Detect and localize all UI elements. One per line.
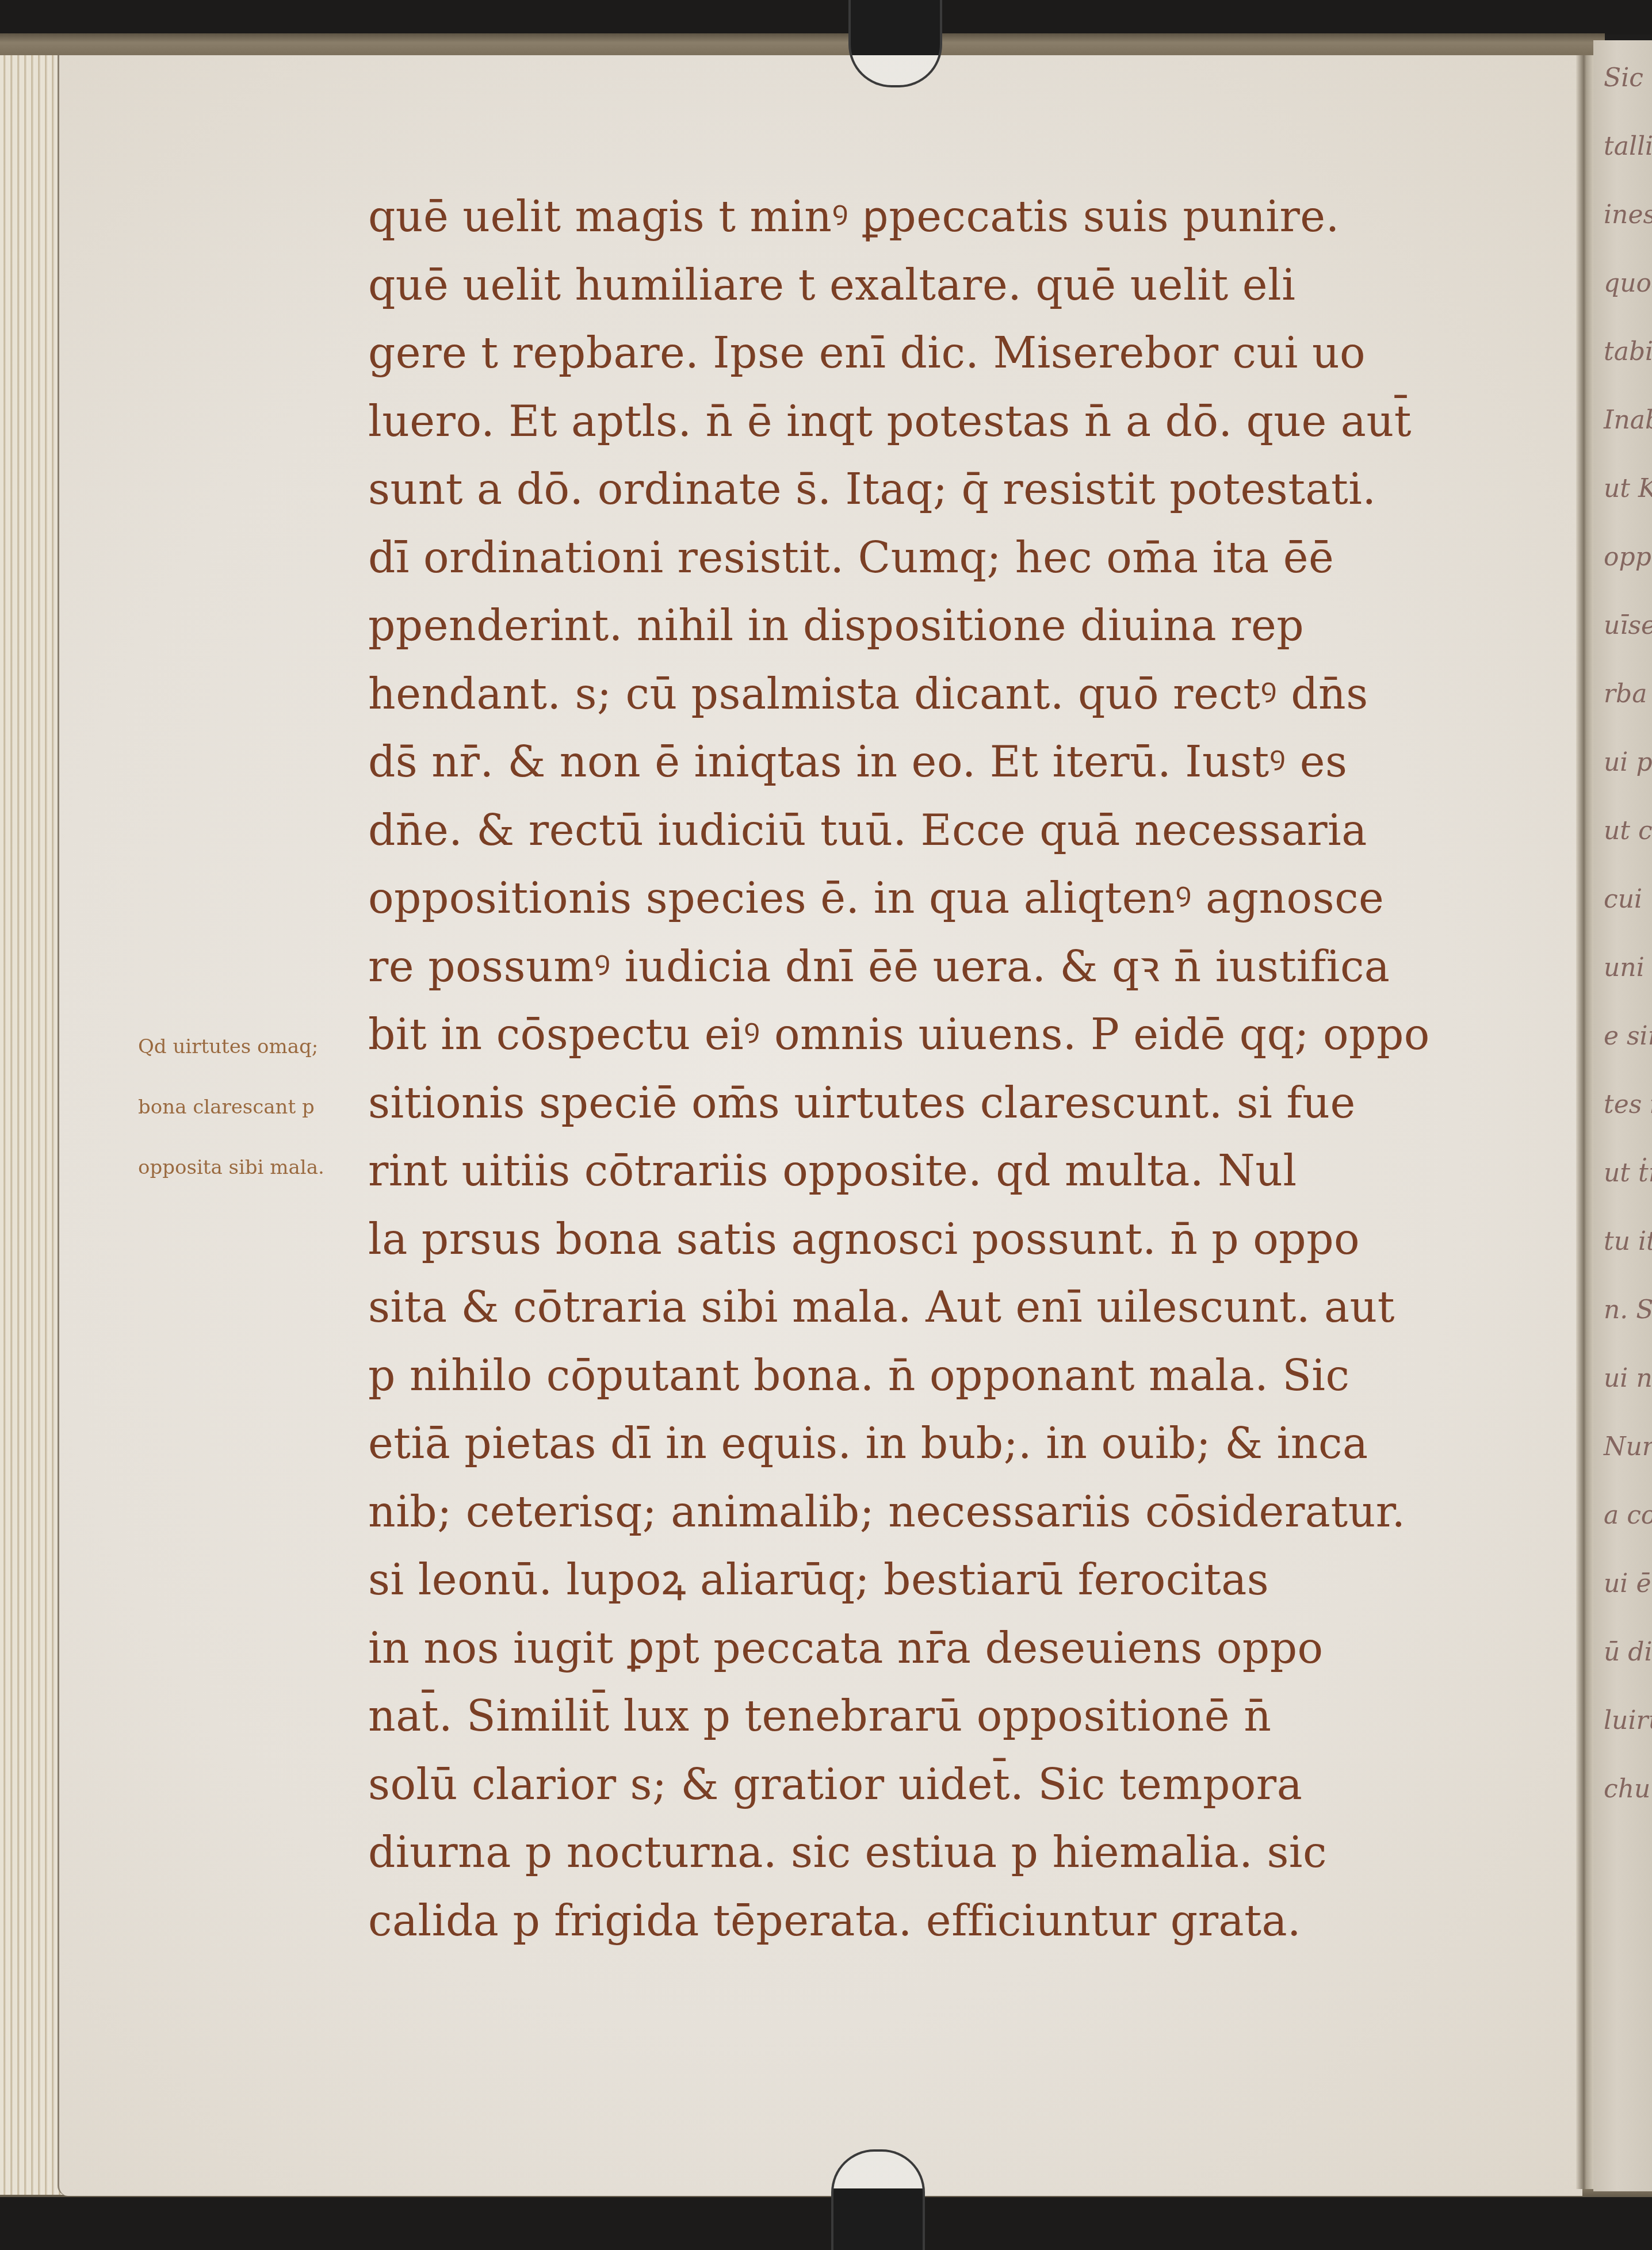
text-line: sita & cōtraria sibi mala. Aut enī uiles… bbox=[368, 1273, 1536, 1342]
page-stack-edges bbox=[0, 55, 63, 2195]
facing-page-fragment: luiru bbox=[1604, 1706, 1652, 1735]
facing-page-fragment: ui ē inon bbox=[1604, 1569, 1652, 1598]
text-line: diurna p nocturna. sic estiua p hiemalia… bbox=[368, 1819, 1536, 1887]
facing-page-fragment: ut ṫre. bbox=[1604, 1158, 1652, 1188]
text-line: rint uitiis cōtrariis opposite. qd multa… bbox=[368, 1137, 1536, 1206]
facing-page-fragment: talli bbox=[1604, 132, 1652, 161]
facing-page-fragment: inesti bbox=[1604, 200, 1652, 229]
facing-page-fragment: Nunc dn̄ bbox=[1604, 1432, 1652, 1461]
text-line: nat̄. Similit̄ lux p tenebrarū oppositio… bbox=[368, 1682, 1536, 1751]
facing-page-fragment: n. S. de bbox=[1604, 1295, 1652, 1325]
gloss-line: Qd uirtutes omaq; bbox=[138, 1017, 391, 1077]
text-line: ds̄ nr̄. & non ē iniqtas in eo. Et iterū… bbox=[368, 728, 1536, 797]
page-clip-top bbox=[848, 0, 942, 87]
facing-page-fragment: ut cui bbox=[1604, 816, 1652, 845]
text-line: gere t repbare. Ipse enī dic. Miserebor … bbox=[368, 319, 1536, 388]
facing-page-fragment: cui n̄ co bbox=[1604, 885, 1652, 914]
marginal-gloss: Qd uirtutes omaq; bona clarescant p oppo… bbox=[138, 1017, 391, 1198]
text-line: bit in cōspectu eiꝰ omnis uiuens. P eidē… bbox=[368, 1001, 1536, 1069]
facing-page-fragment: e sincep bbox=[1604, 1021, 1652, 1051]
text-line: ppenderint. nihil in dispositione diuina… bbox=[368, 592, 1536, 660]
facing-page-fragment: uni mu bbox=[1604, 953, 1652, 982]
facing-page-edge: Sic atalliinestiquodatabiliInabut Kinopp… bbox=[1593, 40, 1652, 2191]
text-line: in nos iugit ꝑpt peccata nr̄a deseuiens … bbox=[368, 1614, 1536, 1683]
text-line: p nihilo cōputant bona. n̄ opponant mala… bbox=[368, 1342, 1536, 1410]
scan-background-bottom bbox=[0, 2197, 1652, 2250]
text-line: sitionis speciē om̄s uirtutes clarescunt… bbox=[368, 1069, 1536, 1138]
facing-page-fragment: quoda bbox=[1604, 269, 1652, 298]
text-line: quē uelit humiliare t exaltare. quē ueli… bbox=[368, 251, 1536, 320]
scan-background-top bbox=[0, 0, 1652, 35]
main-text-block: quē uelit magis t minꝰ ꝑpeccatis suis pu… bbox=[368, 183, 1536, 1955]
facing-page-fragment: Inab bbox=[1604, 405, 1652, 435]
gloss-line: opposita sibi mala. bbox=[138, 1138, 391, 1198]
text-line: nib; ceterisq; animalib; necessariis cōs… bbox=[368, 1478, 1536, 1547]
gloss-line: bona clarescant p bbox=[138, 1077, 391, 1138]
facing-page-fragment: Sic a bbox=[1604, 63, 1652, 93]
book-gutter bbox=[1576, 55, 1593, 2189]
text-line: hendant. s; cū psalmista dicant. quō rec… bbox=[368, 660, 1536, 729]
text-line: dī ordinationi resistit. Cumq; hec om̄a … bbox=[368, 524, 1536, 592]
text-line: quē uelit magis t minꝰ ꝑpeccatis suis pu… bbox=[368, 183, 1536, 251]
text-line: oppositionis species ē. in qua aliqtenꝰ … bbox=[368, 864, 1536, 933]
text-line: solū clarior s; & gratior uidet̄. Sic te… bbox=[368, 1751, 1536, 1819]
facing-page-fragment: chu bbox=[1604, 1774, 1650, 1804]
facing-page-fragment: ut Kin bbox=[1604, 474, 1652, 503]
facing-page-fragment: a conuer bbox=[1604, 1501, 1652, 1530]
facing-page-fragment: tu ita di bbox=[1604, 1227, 1652, 1256]
facing-page-fragment: rba e bbox=[1604, 679, 1652, 709]
text-line: calida p frigida tēperata. efficiuntur g… bbox=[368, 1887, 1536, 1956]
text-line: dn̄e. & rectū iudiciū tuū. Ecce quā nece… bbox=[368, 797, 1536, 865]
text-line: si leonū. lupoꝝ aliarūq; bestiarū feroci… bbox=[368, 1546, 1536, 1614]
facing-page-fragment: opposit bbox=[1604, 542, 1652, 572]
facing-page-fragment: tabili bbox=[1604, 337, 1652, 366]
facing-page-fragment: tes id bbox=[1604, 1090, 1652, 1119]
text-line: luero. Et aptls. n̄ ē inqt potestas n̄ a… bbox=[368, 388, 1536, 456]
page-clip-bottom bbox=[831, 2149, 925, 2250]
facing-page-fragment: ui pa bbox=[1604, 748, 1652, 777]
book-top-edge bbox=[0, 33, 1605, 56]
facing-page-fragment: ū di bbox=[1604, 1637, 1652, 1667]
text-line: etiā pietas dī in equis. in bub;. in oui… bbox=[368, 1410, 1536, 1478]
text-line: la prsus bona satis agnosci possunt. n̄ … bbox=[368, 1206, 1536, 1274]
facing-page-fragment: ui nun bbox=[1604, 1364, 1652, 1393]
text-line: re possumꝰ iudicia dnī ēē uera. & qꝛ n̄ … bbox=[368, 933, 1536, 1001]
text-line: sunt a dō. ordinate s̄. Itaq; q̄ resisti… bbox=[368, 456, 1536, 524]
facing-page-fragment: uīse in bbox=[1604, 611, 1652, 640]
